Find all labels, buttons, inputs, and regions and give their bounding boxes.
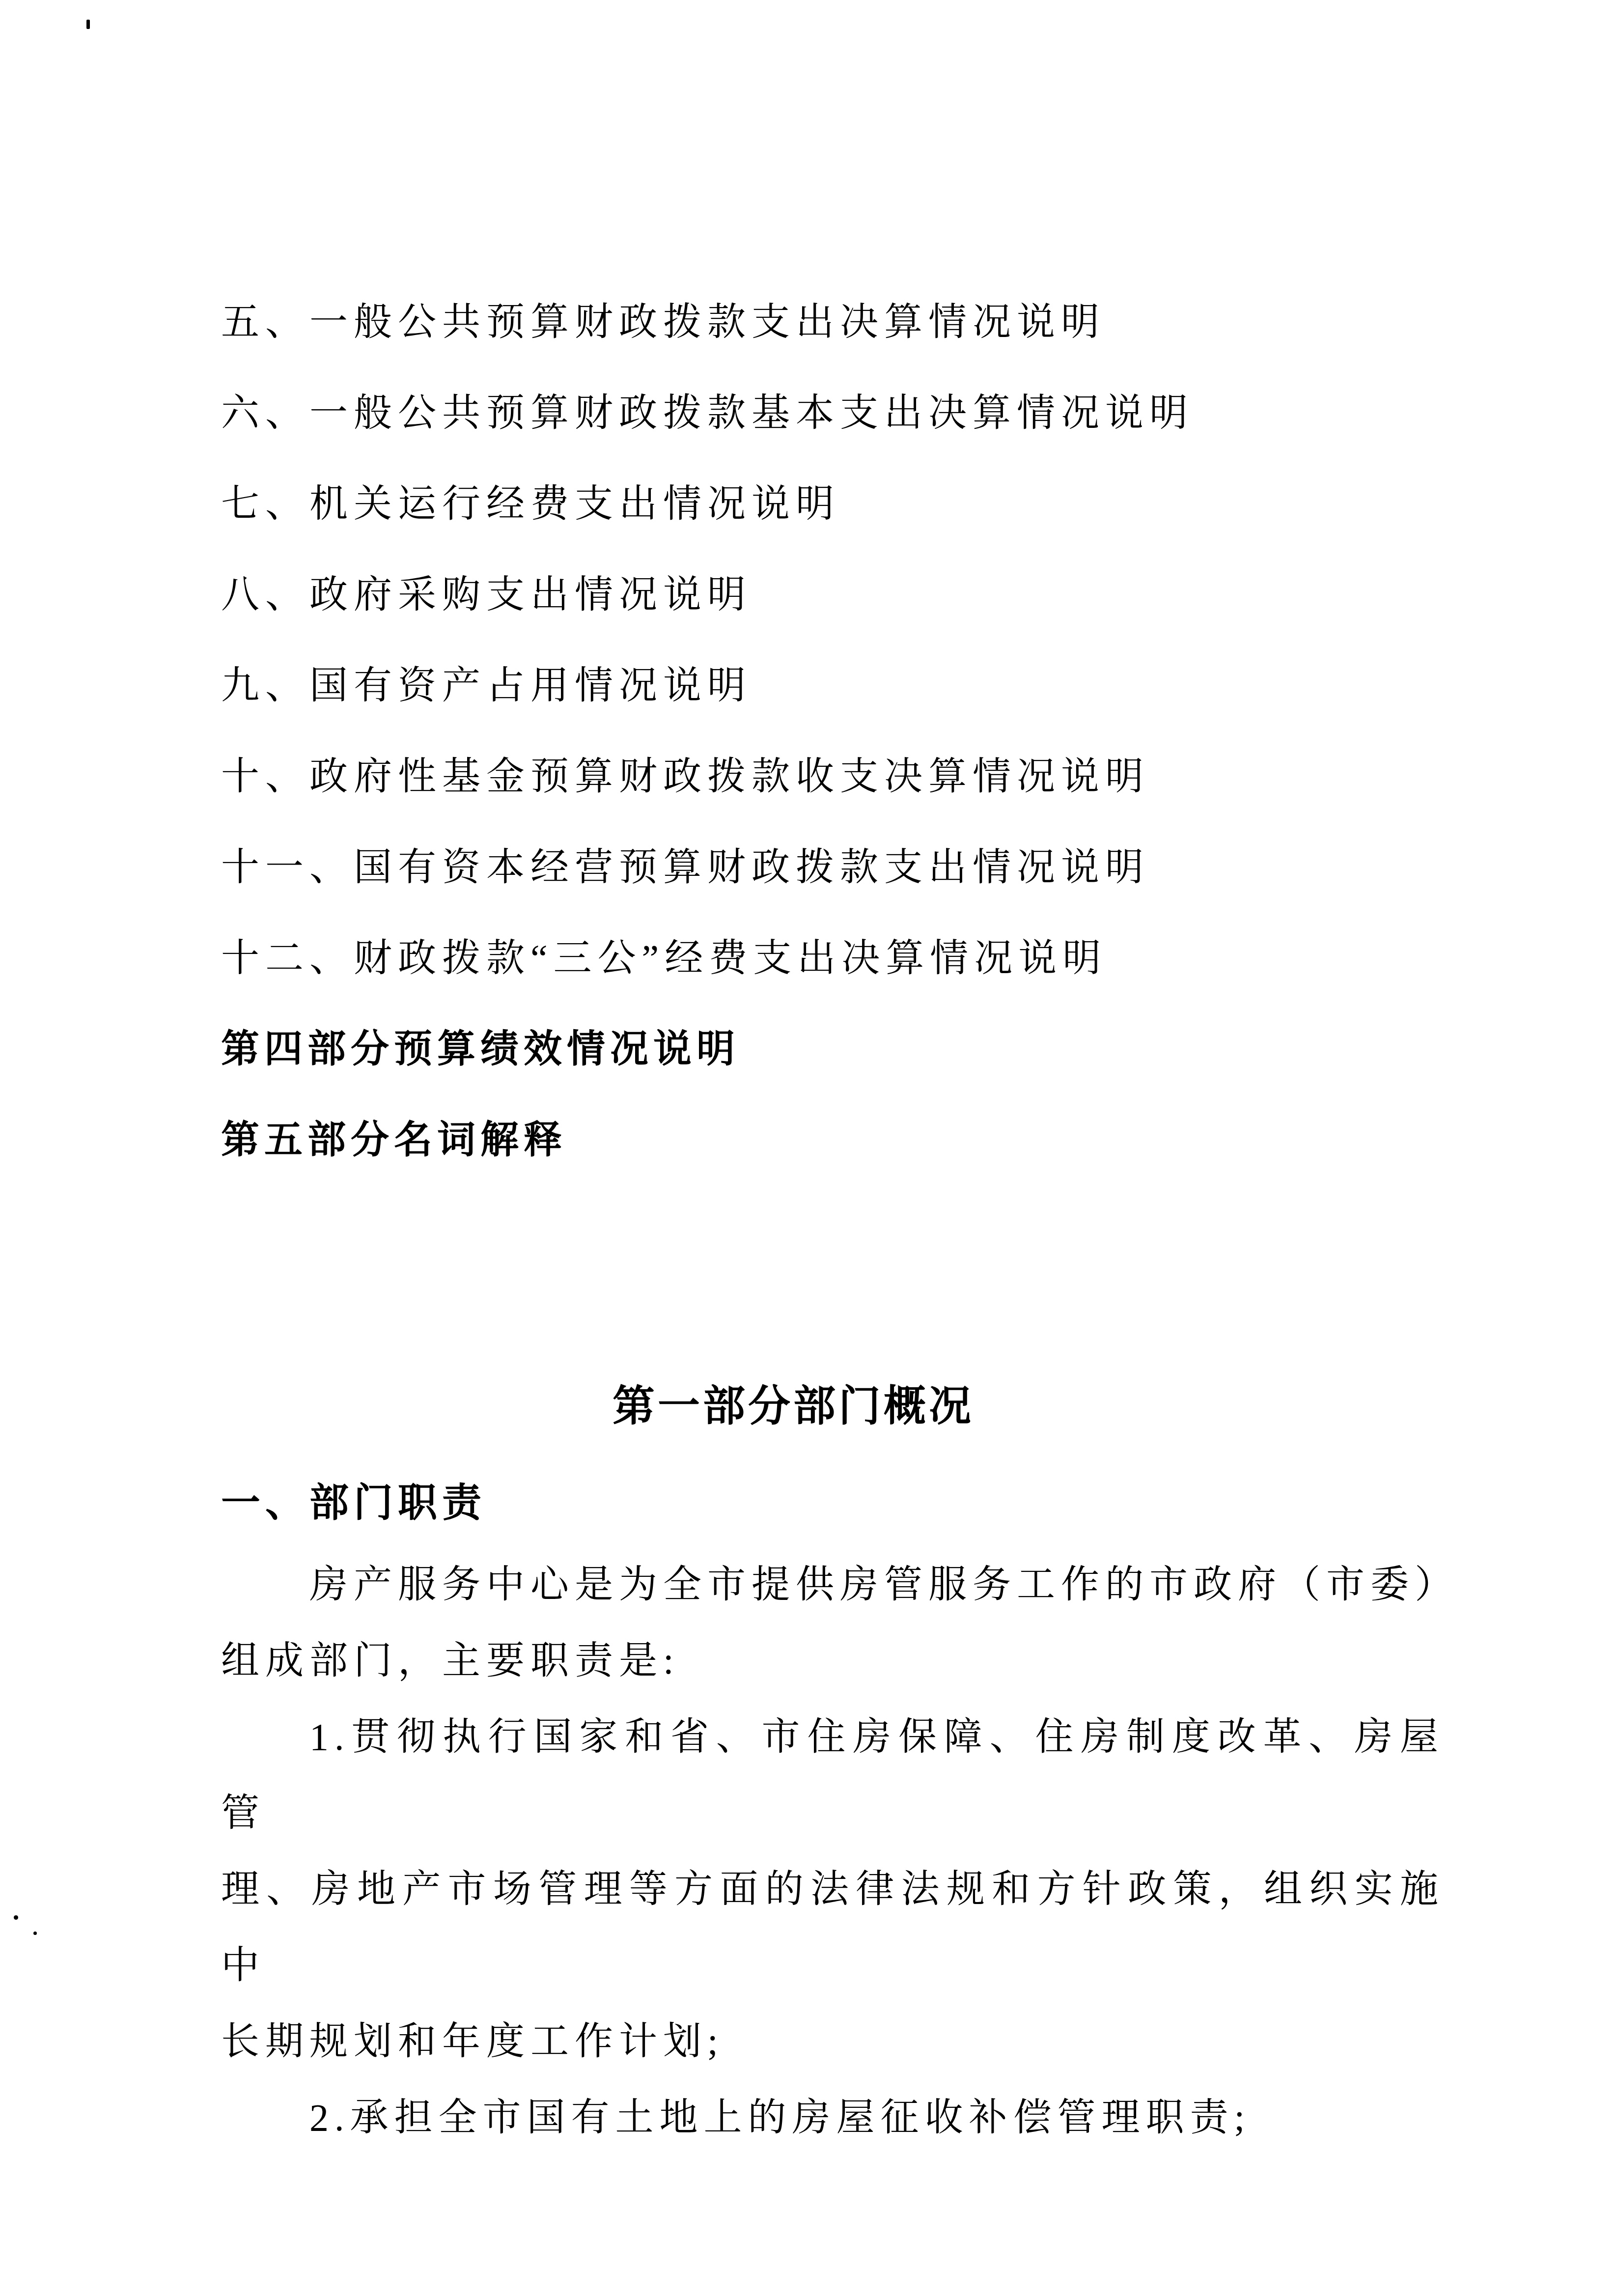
toc-item-12: 十二、财政拨款“三公”经费支出决算情况说明	[221, 913, 1444, 1004]
toc-item-7: 七、机关运行经费支出情况说明	[221, 458, 1444, 549]
body-text-line: 2.承担全市国有土地上的房屋征收补偿管理职责;	[221, 2079, 1444, 2156]
toc-item-10: 十、政府性基金预算财政拨款收支决算情况说明	[221, 731, 1444, 822]
toc-item-8: 八、政府采购支出情况说明	[221, 549, 1444, 640]
body-text-line: 1.贯彻执行国家和省、市住房保障、住房制度改革、房屋管	[221, 1699, 1444, 1851]
scan-artifact-dot	[33, 1932, 37, 1935]
body-text-line: 房产服务中心是为全市提供房管服务工作的市政府（市委）	[221, 1546, 1444, 1623]
body-text-line: 长期规划和年度工作计划;	[221, 2003, 1444, 2079]
body-text-line: 组成部门，主要职责是:	[221, 1623, 1444, 1699]
toc-item-part4: 第四部分预算绩效情况说明	[221, 1004, 1444, 1094]
scanned-document-page: { "page": { "background_color": "#ffffff…	[0, 0, 1617, 2296]
scan-artifact-tick	[86, 20, 90, 29]
toc-item-9: 九、国有资产占用情况说明	[221, 640, 1444, 731]
toc-item-part5: 第五部分名词解释	[221, 1094, 1444, 1185]
department-duties-heading: 一、部门职责	[221, 1464, 1444, 1542]
document-content: 五、一般公共预算财政拨款支出决算情况说明 六、一般公共预算财政拨款基本支出决算情…	[221, 277, 1444, 2156]
toc-item-6: 六、一般公共预算财政拨款基本支出决算情况说明	[221, 367, 1444, 458]
toc-item-11: 十一、国有资本经营预算财政拨款支出情况说明	[221, 822, 1444, 913]
scan-artifact-dot	[14, 1915, 18, 1920]
toc-item-5: 五、一般公共预算财政拨款支出决算情况说明	[221, 277, 1444, 367]
part-one-title: 第一部分部门概况	[221, 1367, 1366, 1446]
body-text-line: 理、房地产市场管理等方面的法律法规和方针政策，组织实施中	[221, 1851, 1444, 2003]
